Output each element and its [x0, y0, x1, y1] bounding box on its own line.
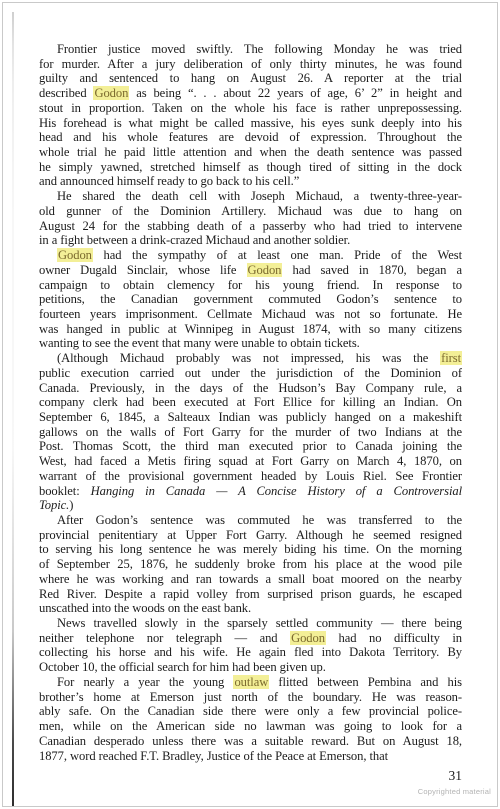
text-line: and announced himself ready to go back t…	[39, 174, 462, 189]
text-segment: had the sympathy of at least one man. Pr…	[93, 248, 462, 262]
text-segment: October 10, the official search for him …	[39, 660, 326, 674]
text-segment: head and his whole features are devoid o…	[39, 130, 462, 144]
text-segment: guilty and sentenced to hang on August 2…	[39, 71, 462, 85]
search-highlight: Godon	[93, 86, 129, 100]
text-segment: neither telephone nor telegraph — and	[39, 631, 290, 645]
text-segment: for murder. After a jury deliberation of…	[39, 57, 462, 71]
book-page-scan: { "page": { "number": "31", "copyright":…	[0, 0, 500, 809]
paragraph: (Although Michaud probably was not impre…	[39, 351, 462, 513]
text-line: was hanged in public at Winnipeg in Augu…	[39, 322, 462, 337]
text-segment: was hanged in public at Winnipeg in Augu…	[39, 322, 462, 336]
text-segment: as being “. . . about 22 years of age, 6…	[129, 86, 462, 100]
text-line: fourteen years imprisonment. Cellmate Mi…	[39, 307, 462, 322]
text-line: West, had faced a Metis firing squad at …	[39, 454, 462, 469]
text-segment: gallows on the walls of Fort Garry for t…	[39, 425, 462, 439]
text-line: He shared the death cell with Joseph Mic…	[39, 189, 462, 204]
text-line: booklet: Hanging in Canada — A Concise H…	[39, 484, 462, 499]
text-segment: men, while on the American side no lawma…	[39, 719, 462, 733]
text-line: petitions, the Canadian government commu…	[39, 292, 462, 307]
text-segment: wanting to see the event that many were …	[39, 336, 360, 350]
text-line: unscathed into the woods on the east ban…	[39, 601, 462, 616]
text-segment: August 24 for the stabbing death of a pa…	[39, 219, 462, 233]
text-segment: stout in proportion. Taken on the whole …	[39, 101, 462, 115]
text-line: he simply yawned, stretched himself as t…	[39, 160, 462, 175]
text-segment: had no difficulty in	[326, 631, 462, 645]
paragraph: Frontier justice moved swiftly. The foll…	[39, 42, 462, 189]
text-line: Topic.)	[39, 498, 462, 513]
text-line: neither telephone nor telegraph — and Go…	[39, 631, 462, 646]
text-segment: West, had faced a Metis firing squad at …	[39, 454, 462, 468]
text-segment: provincial penitentiary at Upper Fort Ga…	[39, 528, 462, 542]
text-segment: )	[69, 498, 73, 512]
text-segment: in a fight between a drink-crazed Michau…	[39, 233, 350, 247]
text-segment: 1877, word reached F.T. Bradley, Justice…	[39, 749, 388, 763]
text-segment: public execution carried out under the j…	[39, 366, 462, 380]
text-segment: His forehead is what might be called mas…	[39, 116, 462, 130]
text-line: campaign to obtain clemency for his youn…	[39, 278, 462, 293]
text-segment: flitted between Pembina and his	[269, 675, 462, 689]
text-segment: owner Dugald Sinclair, whose life	[39, 263, 247, 277]
text-segment: booklet:	[39, 484, 91, 498]
text-segment: For nearly a year the young	[57, 675, 233, 689]
text-line: of September 25, 1876, he suddenly broke…	[39, 557, 462, 572]
text-line: (Although Michaud probably was not impre…	[39, 351, 462, 366]
text-segment: News travelled slowly in the sparsely se…	[57, 616, 462, 630]
text-line: Canadian desperado unless there was a su…	[39, 734, 462, 749]
text-segment: September 6, 1845, a Salteaux Indian was…	[39, 410, 462, 424]
text-segment: of September 25, 1876, he suddenly broke…	[39, 557, 462, 571]
text-line: Godon had the sympathy of at least one m…	[39, 248, 462, 263]
page-number: 31	[39, 768, 462, 784]
text-line: After Godon’s sentence was commuted he w…	[39, 513, 462, 528]
text-line: owner Dugald Sinclair, whose life Godon …	[39, 263, 462, 278]
text-line: warrant of the provisional government he…	[39, 469, 462, 484]
text-segment: unscathed into the woods on the east ban…	[39, 601, 251, 615]
text-line: ably safe. On the Canadian side there we…	[39, 704, 462, 719]
paragraph: Godon had the sympathy of at least one m…	[39, 248, 462, 351]
text-line: gallows on the walls of Fort Garry for t…	[39, 425, 462, 440]
text-segment: campaign to obtain clemency for his youn…	[39, 278, 462, 292]
text-segment: and announced himself ready to go back t…	[39, 174, 299, 188]
text-segment: collecting his horse and his wife. He ag…	[39, 645, 462, 659]
text-segment: whole trial he paid little attention and…	[39, 145, 462, 159]
paragraph: For nearly a year the young outlaw flitt…	[39, 675, 462, 763]
text-line: wanting to see the event that many were …	[39, 336, 462, 351]
paragraph: News travelled slowly in the sparsely se…	[39, 616, 462, 675]
text-segment: (Although Michaud probably was not impre…	[57, 351, 440, 365]
text-line: for murder. After a jury deliberation of…	[39, 57, 462, 72]
text-line: October 10, the official search for him …	[39, 660, 462, 675]
text-line: Post. Thomas Scott, the third man execut…	[39, 439, 462, 454]
scan-gutter-shadow	[12, 12, 14, 806]
text-line: head and his whole features are devoid o…	[39, 130, 462, 145]
italic-text: Hanging in Canada — A Concise History of…	[91, 484, 462, 498]
text-segment: Canadian desperado unless there was a su…	[39, 734, 462, 748]
text-segment: described	[39, 86, 93, 100]
search-highlight: Godon	[290, 631, 326, 645]
text-segment: to serving his long sentence he was mere…	[39, 542, 462, 556]
text-line: brother’s home at Emerson just north of …	[39, 690, 462, 705]
paragraph: He shared the death cell with Joseph Mic…	[39, 189, 462, 248]
text-line: company clerk had been executed at Fort …	[39, 395, 462, 410]
text-segment: where he was working and ran towards a s…	[39, 572, 462, 586]
text-segment: Post. Thomas Scott, the third man execut…	[39, 439, 462, 453]
text-segment: had saved in 1870, began a	[282, 263, 462, 277]
search-highlight: outlaw	[233, 675, 269, 689]
text-line: guilty and sentenced to hang on August 2…	[39, 71, 462, 86]
search-highlight: first	[440, 351, 462, 365]
text-line: old gunner of the Dominion Artillery. Mi…	[39, 204, 462, 219]
text-segment: Red River. Despite a rapid volley from s…	[39, 587, 462, 601]
paragraph: After Godon’s sentence was commuted he w…	[39, 513, 462, 616]
text-line: Canada. Previously, in the days of the H…	[39, 381, 462, 396]
text-line: August 24 for the stabbing death of a pa…	[39, 219, 462, 234]
text-segment: Canada. Previously, in the days of the H…	[39, 381, 462, 395]
text-line: Frontier justice moved swiftly. The foll…	[39, 42, 462, 57]
page-text: Frontier justice moved swiftly. The foll…	[39, 42, 462, 763]
text-segment: fourteen years imprisonment. Cellmate Mi…	[39, 307, 462, 321]
text-segment: He shared the death cell with Joseph Mic…	[57, 189, 462, 203]
search-highlight: Godon	[57, 248, 93, 262]
text-line: described Godon as being “. . . about 22…	[39, 86, 462, 101]
text-segment: company clerk had been executed at Fort …	[39, 395, 462, 409]
text-segment: warrant of the provisional government he…	[39, 469, 462, 483]
text-segment: Frontier justice moved swiftly. The foll…	[57, 42, 462, 56]
text-line: stout in proportion. Taken on the whole …	[39, 101, 462, 116]
text-line: News travelled slowly in the sparsely se…	[39, 616, 462, 631]
text-segment: brother’s home at Emerson just north of …	[39, 690, 462, 704]
text-segment: he simply yawned, stretched himself as t…	[39, 160, 462, 174]
text-line: whole trial he paid little attention and…	[39, 145, 462, 160]
text-line: public execution carried out under the j…	[39, 366, 462, 381]
text-line: Red River. Despite a rapid volley from s…	[39, 587, 462, 602]
text-line: 1877, word reached F.T. Bradley, Justice…	[39, 749, 462, 764]
text-line: collecting his horse and his wife. He ag…	[39, 645, 462, 660]
search-highlight: Godon	[247, 263, 283, 277]
text-line: men, while on the American side no lawma…	[39, 719, 462, 734]
text-segment: petitions, the Canadian government commu…	[39, 292, 462, 306]
text-line: where he was working and ran towards a s…	[39, 572, 462, 587]
text-line: in a fight between a drink-crazed Michau…	[39, 233, 462, 248]
text-line: provincial penitentiary at Upper Fort Ga…	[39, 528, 462, 543]
text-line: to serving his long sentence he was mere…	[39, 542, 462, 557]
italic-text: Topic.	[39, 498, 69, 512]
text-line: His forehead is what might be called mas…	[39, 116, 462, 131]
text-segment: old gunner of the Dominion Artillery. Mi…	[39, 204, 462, 218]
text-segment: After Godon’s sentence was commuted he w…	[57, 513, 462, 527]
text-segment: ably safe. On the Canadian side there we…	[39, 704, 462, 718]
text-line: For nearly a year the young outlaw flitt…	[39, 675, 462, 690]
copyright-notice: Copyrighted material	[418, 787, 491, 796]
text-line: September 6, 1845, a Salteaux Indian was…	[39, 410, 462, 425]
